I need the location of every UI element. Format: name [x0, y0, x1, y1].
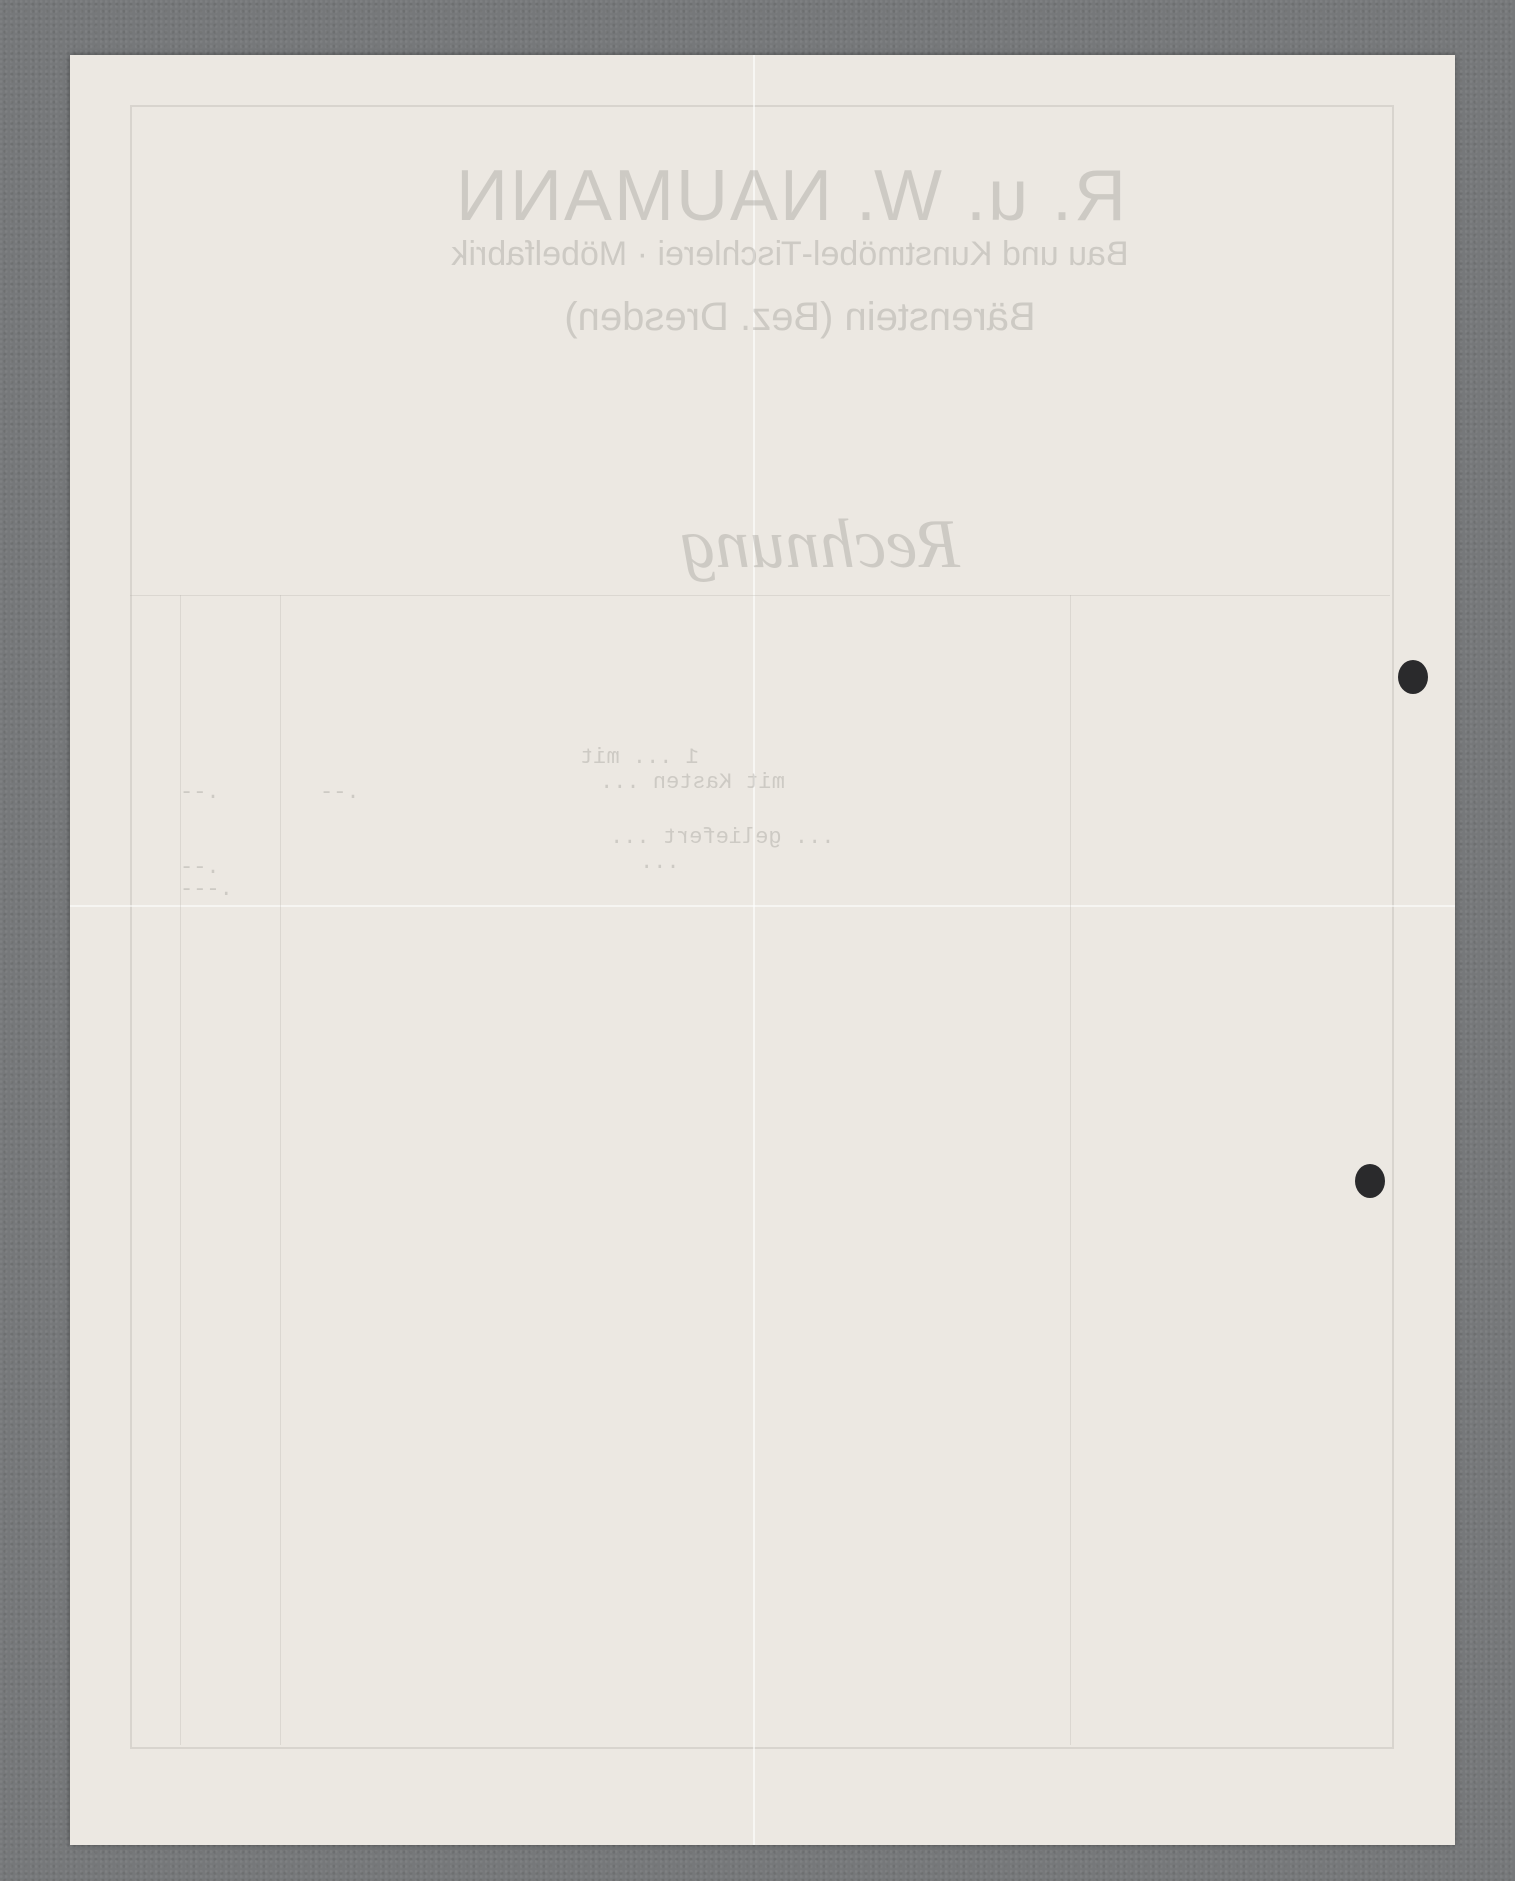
company-city: Bärenstein (Bez. Dresden) — [450, 295, 1150, 340]
invoice-title: Rechnung — [570, 505, 1070, 585]
typed-line: mit Kasten ... — [600, 770, 785, 795]
table-column-line — [1070, 595, 1071, 1745]
amount: --. — [180, 780, 220, 805]
paper-sheet: R. u. W. NAUMANN Bau und Kunstmöbel-Tisc… — [70, 55, 1455, 1845]
typed-line: ... geliefert ... — [610, 825, 834, 850]
amount: ---. — [180, 877, 233, 902]
page-border — [130, 105, 1394, 1749]
table-column-line — [180, 595, 181, 1745]
punch-hole — [1355, 1164, 1385, 1198]
table-header-line — [130, 595, 1390, 596]
table-column-line — [280, 595, 281, 1745]
typed-line: 1 ... mit — [580, 745, 699, 770]
horizontal-fold — [70, 905, 1455, 907]
typed-line: ... — [640, 850, 680, 875]
punch-hole — [1398, 660, 1428, 694]
company-name: R. u. W. NAUMANN — [400, 155, 1180, 237]
company-tagline: Bau und Kunstmöbel-Tischlerei · Möbelfab… — [340, 235, 1240, 274]
amount: --. — [320, 780, 360, 805]
